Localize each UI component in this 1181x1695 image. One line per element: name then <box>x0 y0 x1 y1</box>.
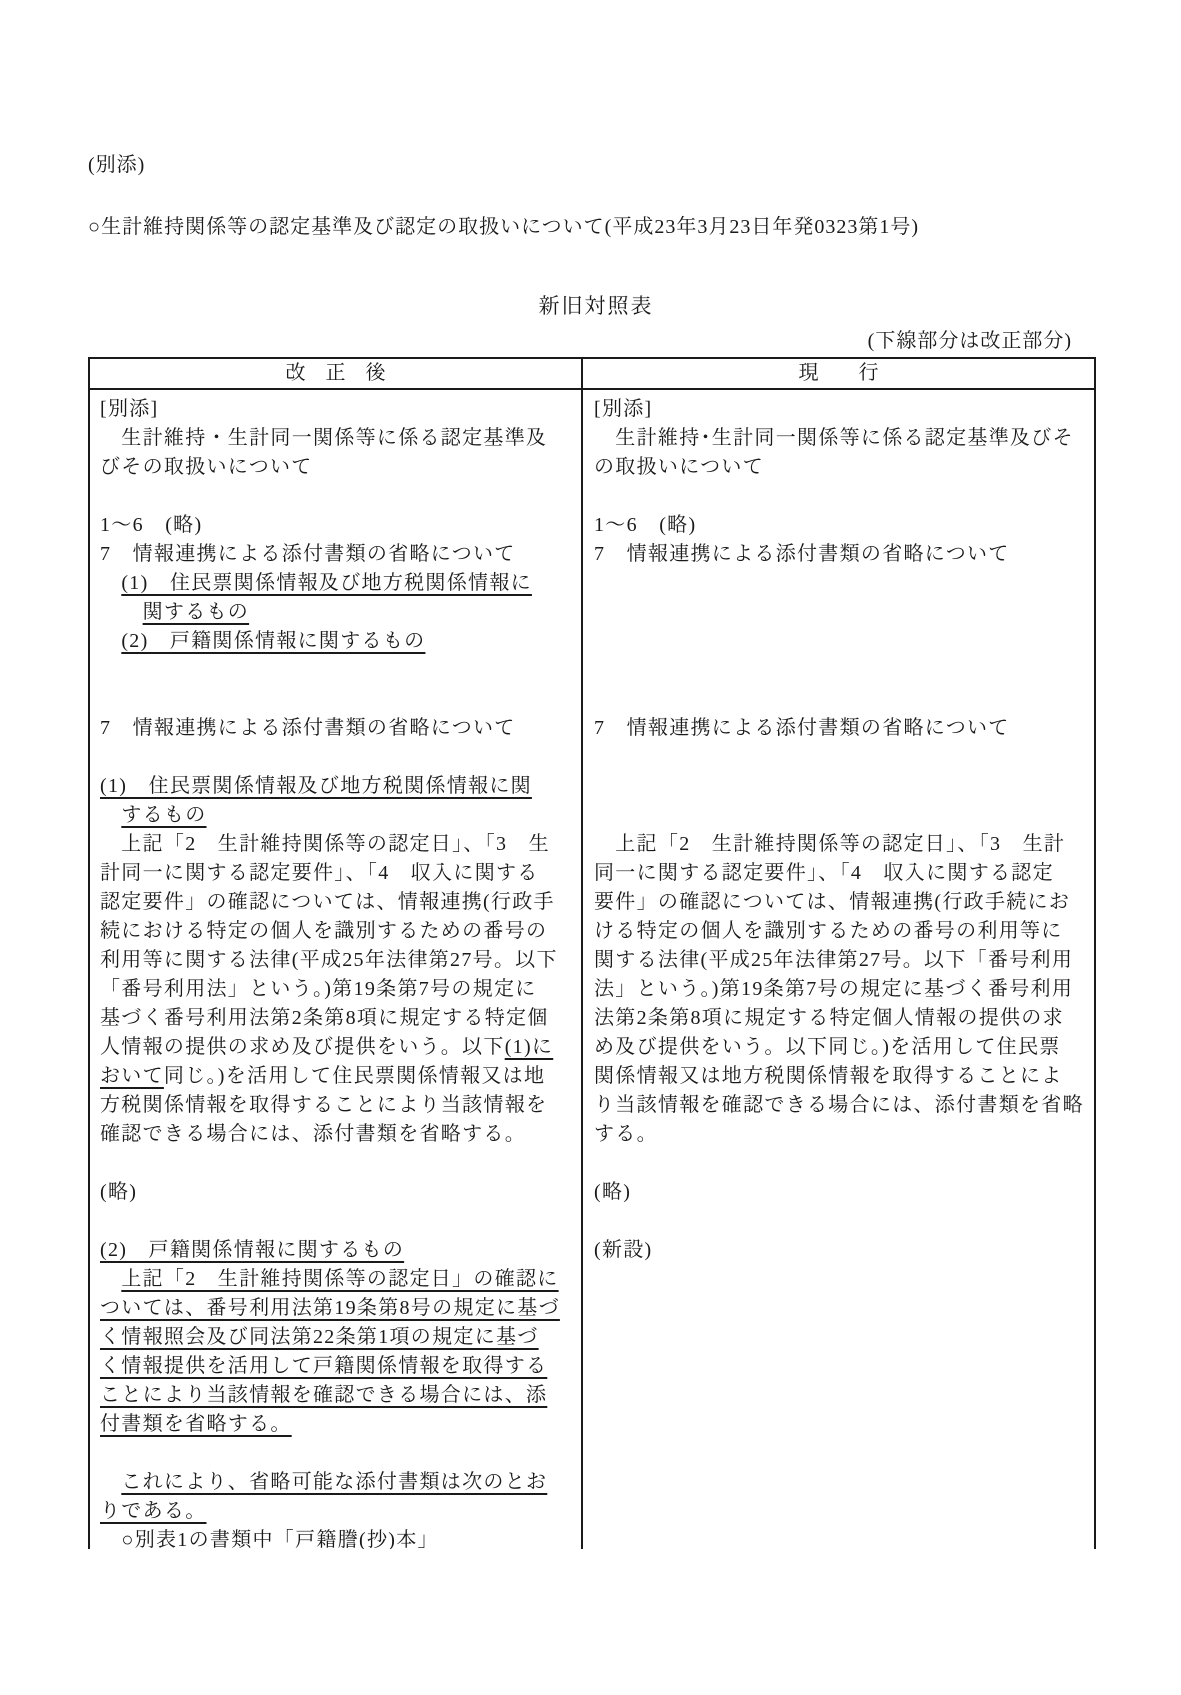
text-line: 上記「2 生計維持関係等の認定日」の確認に <box>100 1265 575 1294</box>
text-line: 利用等に関する法律(平成25年法律第27号。以下 <box>100 946 575 975</box>
text-line: 関する法律(平成25年法律第27号。以下「番号利用 <box>594 946 1088 975</box>
comparison-table: 改 正 後 現 行 [別添] 生計維持・生計同一関係等に係る認定基準及びその取扱… <box>88 357 1096 1549</box>
text-segment: (略) <box>100 1181 137 1203</box>
text-line: 人情報の提供の求め及び提供をいう。以下(1)に <box>100 1033 575 1062</box>
text-line: 法第2条第8項に規定する特定個人情報の提供の求 <box>594 1004 1088 1033</box>
text-line: 計同一に関する認定要件」、「4 収入に関する <box>100 859 575 888</box>
text-segment <box>100 572 121 594</box>
text-segment: びその取扱いについて <box>100 456 313 478</box>
text-segment: [別添] <box>100 398 159 420</box>
text-line: 要件」の確認については、情報連携(行政手続にお <box>594 888 1088 917</box>
text-line: く情報照会及び同法第22条第1項の規定に基づ <box>100 1323 575 1352</box>
underlined-text-segment: ついては、番号利用法第19条第8号の規定に基づ <box>100 1297 560 1319</box>
text-line <box>100 1149 575 1178</box>
text-segment: ける特定の個人を識別するための番号の利用等に <box>594 920 1063 942</box>
underlined-text-segment: 関するもの <box>143 601 250 623</box>
text-segment <box>100 1471 121 1493</box>
text-line: 1〜6 (略) <box>594 511 1088 540</box>
text-line: 上記「2 生計維持関係等の認定日」、「3 生 <box>100 830 575 859</box>
underline-note-wrap: (下線部分は改正部分) <box>88 306 1096 353</box>
text-segment: 人情報の提供の求め及び提供をいう。以下 <box>100 1036 505 1058</box>
text-line <box>100 685 575 714</box>
text-line <box>100 1439 575 1468</box>
text-line <box>100 1207 575 1236</box>
text-segment: 利用等に関する法律(平成25年法律第27号。以下 <box>100 949 558 971</box>
underlined-text-segment: 付書類を省略する。 <box>100 1413 292 1435</box>
header-after-revision: 改 正 後 <box>90 359 581 388</box>
underlined-text-segment: ことにより当該情報を確認できる場合には、添 <box>100 1384 547 1406</box>
text-segment: [別添] <box>594 398 653 420</box>
underlined-text-segment: 上記「2 生計維持関係等の認定日」の確認に <box>121 1268 558 1290</box>
underlined-text-segment: (2) 戸籍関係情報に関するもの <box>100 1239 404 1261</box>
text-segment: 計同一に関する認定要件」、「4 収入に関する <box>100 862 539 884</box>
text-line: り当該情報を確認できる場合には、添付書類を省略 <box>594 1091 1088 1120</box>
table-body-row: [別添] 生計維持・生計同一関係等に係る認定基準及びその取扱いについて1〜6 (… <box>90 390 1094 1549</box>
text-segment: 1〜6 (略) <box>594 514 696 536</box>
table-header-row: 改 正 後 現 行 <box>90 359 1094 390</box>
text-line: 7 情報連携による添付書類の省略について <box>594 714 1088 743</box>
text-segment: 7 情報連携による添付書類の省略について <box>100 543 516 565</box>
text-segment: する。 <box>594 1123 658 1145</box>
text-line: ことにより当該情報を確認できる場合には、添 <box>100 1381 575 1410</box>
text-line <box>594 569 1088 598</box>
text-line: 生計維持・生計同一関係等に係る認定基準及 <box>100 424 575 453</box>
text-segment: 生計維持・生計同一関係等に係る認定基準及 <box>100 427 547 449</box>
text-segment: 方税関係情報を取得することにより当該情報を <box>100 1094 547 1116</box>
text-line <box>594 627 1088 656</box>
text-line <box>594 598 1088 627</box>
text-segment: 基づく番号利用法第2条第8項に規定する特定個 <box>100 1007 549 1029</box>
text-segment: 上記「2 生計維持関係等の認定日」、「3 生 <box>100 833 550 855</box>
text-line: 同一に関する認定要件」、「4 収入に関する認定 <box>594 859 1088 888</box>
text-segment: 7 情報連携による添付書類の省略について <box>594 543 1010 565</box>
text-segment: (新設) <box>594 1239 653 1261</box>
text-line: 上記「2 生計維持関係等の認定日」、「3 生計 <box>594 830 1088 859</box>
text-line: (1) 住民票関係情報及び地方税関係情報に関 <box>100 772 575 801</box>
text-line: (2) 戸籍関係情報に関するもの <box>100 627 575 656</box>
text-line: 7 情報連携による添付書類の省略について <box>594 540 1088 569</box>
text-line <box>594 685 1088 714</box>
text-segment: 7 情報連携による添付書類の省略について <box>100 717 516 739</box>
text-line: ついては、番号利用法第19条第8号の規定に基づ <box>100 1294 575 1323</box>
underlined-text-segment: く情報照会及び同法第22条第1項の規定に基づ <box>100 1326 539 1348</box>
document-page: { "page": { "attachment_label": "(別添)", … <box>0 0 1181 1695</box>
text-line: 法」という。)第19条第7号の規定に基づく番号利用 <box>594 975 1088 1004</box>
text-segment: 法」という。)第19条第7号の規定に基づく番号利用 <box>594 978 1073 1000</box>
text-segment: (略) <box>594 1181 631 1203</box>
underlined-text-segment: これにより、省略可能な添付書類は次のとお <box>121 1471 547 1493</box>
text-segment: 同一に関する認定要件」、「4 収入に関する認定 <box>594 862 1054 884</box>
text-line: (2) 戸籍関係情報に関するもの <box>100 1236 575 1265</box>
text-segment: 関係情報又は地方税関係情報を取得することによ <box>594 1065 1063 1087</box>
text-segment <box>100 1268 121 1290</box>
text-segment: 生計維持･生計同一関係等に係る認定基準及びそ <box>594 427 1074 449</box>
text-line: め及び提供をいう。以下同じ。)を活用して住民票 <box>594 1033 1088 1062</box>
text-segment: 法第2条第8項に規定する特定個人情報の提供の求 <box>594 1007 1064 1029</box>
text-line: する。 <box>594 1120 1088 1149</box>
text-segment: 確認できる場合には、添付書類を省略する。 <box>100 1123 526 1145</box>
underlined-text-segment: (1) 住民票関係情報及び地方税関係情報に関 <box>100 775 532 797</box>
text-line: ○別表1の書類中「戸籍謄(抄)本」 <box>100 1526 575 1549</box>
text-line: するもの <box>100 801 575 830</box>
text-line: 7 情報連携による添付書類の省略について <box>100 540 575 569</box>
text-line: (1) 住民票関係情報及び地方税関係情報に <box>100 569 575 598</box>
text-line <box>594 743 1088 772</box>
underlined-text-segment: ○別表1の書類中「戸籍謄(抄)本」 <box>121 1529 439 1549</box>
text-line <box>100 482 575 511</box>
text-segment: 要件」の確認については、情報連携(行政手続にお <box>594 891 1070 913</box>
text-segment: 同じ。)を活用して住民票関係情報又は地 <box>164 1065 545 1087</box>
text-line <box>100 656 575 685</box>
text-line: (略) <box>100 1178 575 1207</box>
text-segment <box>100 1529 121 1549</box>
subject-line: ○生計維持関係等の認定基準及び認定の取扱いについて(平成23年3月23日年発03… <box>88 210 919 239</box>
text-line: 生計維持･生計同一関係等に係る認定基準及びそ <box>594 424 1088 453</box>
text-line: りである。 <box>100 1497 575 1526</box>
text-segment: 1〜6 (略) <box>100 514 202 536</box>
underlined-text-segment: く情報提供を活用して戸籍関係情報を取得する <box>100 1355 547 1377</box>
text-segment: 続における特定の個人を識別するための番号の <box>100 920 547 942</box>
text-line: 確認できる場合には、添付書類を省略する。 <box>100 1120 575 1149</box>
attachment-label: (別添) <box>88 148 145 177</box>
text-line: 7 情報連携による添付書類の省略について <box>100 714 575 743</box>
text-segment <box>100 601 143 623</box>
text-line: 1〜6 (略) <box>100 511 575 540</box>
text-line: [別添] <box>594 395 1088 424</box>
underlined-text-segment: (2) 戸籍関係情報に関するもの <box>121 630 425 652</box>
text-line: 続における特定の個人を識別するための番号の <box>100 917 575 946</box>
text-line: 基づく番号利用法第2条第8項に規定する特定個 <box>100 1004 575 1033</box>
text-segment: 7 情報連携による添付書類の省略について <box>594 717 1010 739</box>
text-line <box>594 656 1088 685</box>
text-line <box>594 482 1088 511</box>
text-line <box>594 1149 1088 1178</box>
text-segment: り当該情報を確認できる場合には、添付書類を省略 <box>594 1094 1084 1116</box>
text-line: びその取扱いについて <box>100 453 575 482</box>
header-current: 現 行 <box>581 359 1094 388</box>
text-line <box>100 743 575 772</box>
text-line: 関係情報又は地方税関係情報を取得することによ <box>594 1062 1088 1091</box>
text-line: これにより、省略可能な添付書類は次のとお <box>100 1468 575 1497</box>
text-line: 認定要件」の確認については、情報連携(行政手 <box>100 888 575 917</box>
text-line: 「番号利用法」という。)第19条第7号の規定に <box>100 975 575 1004</box>
text-line <box>594 801 1088 830</box>
text-segment: め及び提供をいう。以下同じ。)を活用して住民票 <box>594 1036 1061 1058</box>
text-segment: 関する法律(平成25年法律第27号。以下「番号利用 <box>594 949 1073 971</box>
text-line: ける特定の個人を識別するための番号の利用等に <box>594 917 1088 946</box>
text-segment: の取扱いについて <box>594 456 764 478</box>
underlined-text-segment: (1)に <box>505 1036 554 1058</box>
text-segment <box>100 630 121 652</box>
text-segment <box>100 804 121 826</box>
underlined-text-segment: するもの <box>121 804 206 826</box>
text-line: の取扱いについて <box>594 453 1088 482</box>
text-line: おいて同じ。)を活用して住民票関係情報又は地 <box>100 1062 575 1091</box>
text-line: く情報提供を活用して戸籍関係情報を取得する <box>100 1352 575 1381</box>
text-segment: 上記「2 生計維持関係等の認定日」、「3 生計 <box>594 833 1065 855</box>
column-after-revision: [別添] 生計維持・生計同一関係等に係る認定基準及びその取扱いについて1〜6 (… <box>90 390 581 1549</box>
column-current: [別添] 生計維持･生計同一関係等に係る認定基準及びその取扱いについて1〜6 (… <box>581 390 1094 1549</box>
text-line: (新設) <box>594 1236 1088 1265</box>
underlined-text-segment: りである。 <box>100 1500 207 1522</box>
underlined-text-segment: おいて <box>100 1065 164 1087</box>
text-segment: 「番号利用法」という。)第19条第7号の規定に <box>100 978 537 1000</box>
text-line: 関するもの <box>100 598 575 627</box>
text-line: (略) <box>594 1178 1088 1207</box>
text-line: [別添] <box>100 395 575 424</box>
text-line <box>594 772 1088 801</box>
underlined-text-segment: (1) 住民票関係情報及び地方税関係情報に <box>121 572 532 594</box>
text-segment: 認定要件」の確認については、情報連携(行政手 <box>100 891 555 913</box>
underline-note: (下線部分は改正部分) <box>868 324 1072 353</box>
text-line: 付書類を省略する。 <box>100 1410 575 1439</box>
text-line <box>594 1207 1088 1236</box>
text-line: 方税関係情報を取得することにより当該情報を <box>100 1091 575 1120</box>
